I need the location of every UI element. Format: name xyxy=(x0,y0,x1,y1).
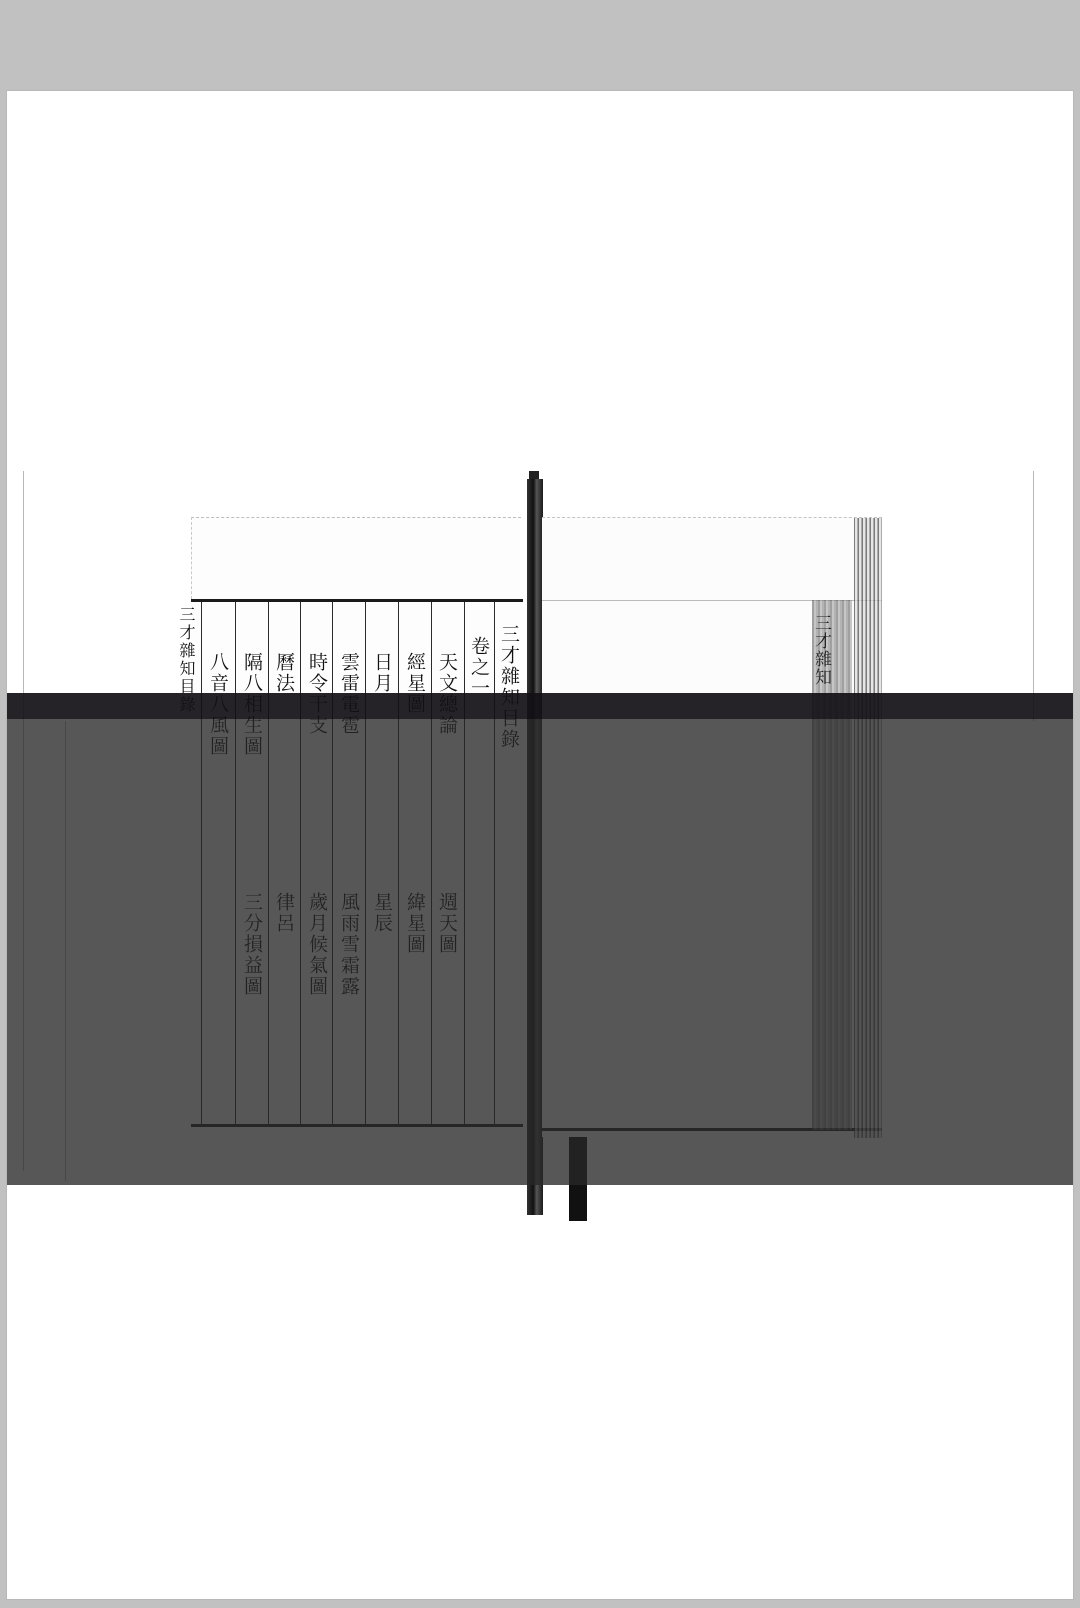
toc-entry: 曆法 xyxy=(271,652,297,694)
overlay-band xyxy=(7,693,1074,719)
toc-entry: 日月 xyxy=(369,652,395,694)
top-margin xyxy=(191,517,521,599)
overlay-shade xyxy=(7,719,1074,1185)
toc-volume: 卷之一 xyxy=(466,636,492,699)
document-page: 三才雜知目錄 卷之一 天文總論 週天圖 經星圖 緯星圖 日月 星辰 雲雷電雹 風… xyxy=(6,90,1074,1600)
scan-edge-right xyxy=(1033,471,1034,721)
book-scan: 三才雜知目錄 卷之一 天文總論 週天圖 經星圖 緯星圖 日月 星辰 雲雷電雹 風… xyxy=(7,91,1074,1600)
cover-title: 三才雜知 xyxy=(809,614,834,686)
